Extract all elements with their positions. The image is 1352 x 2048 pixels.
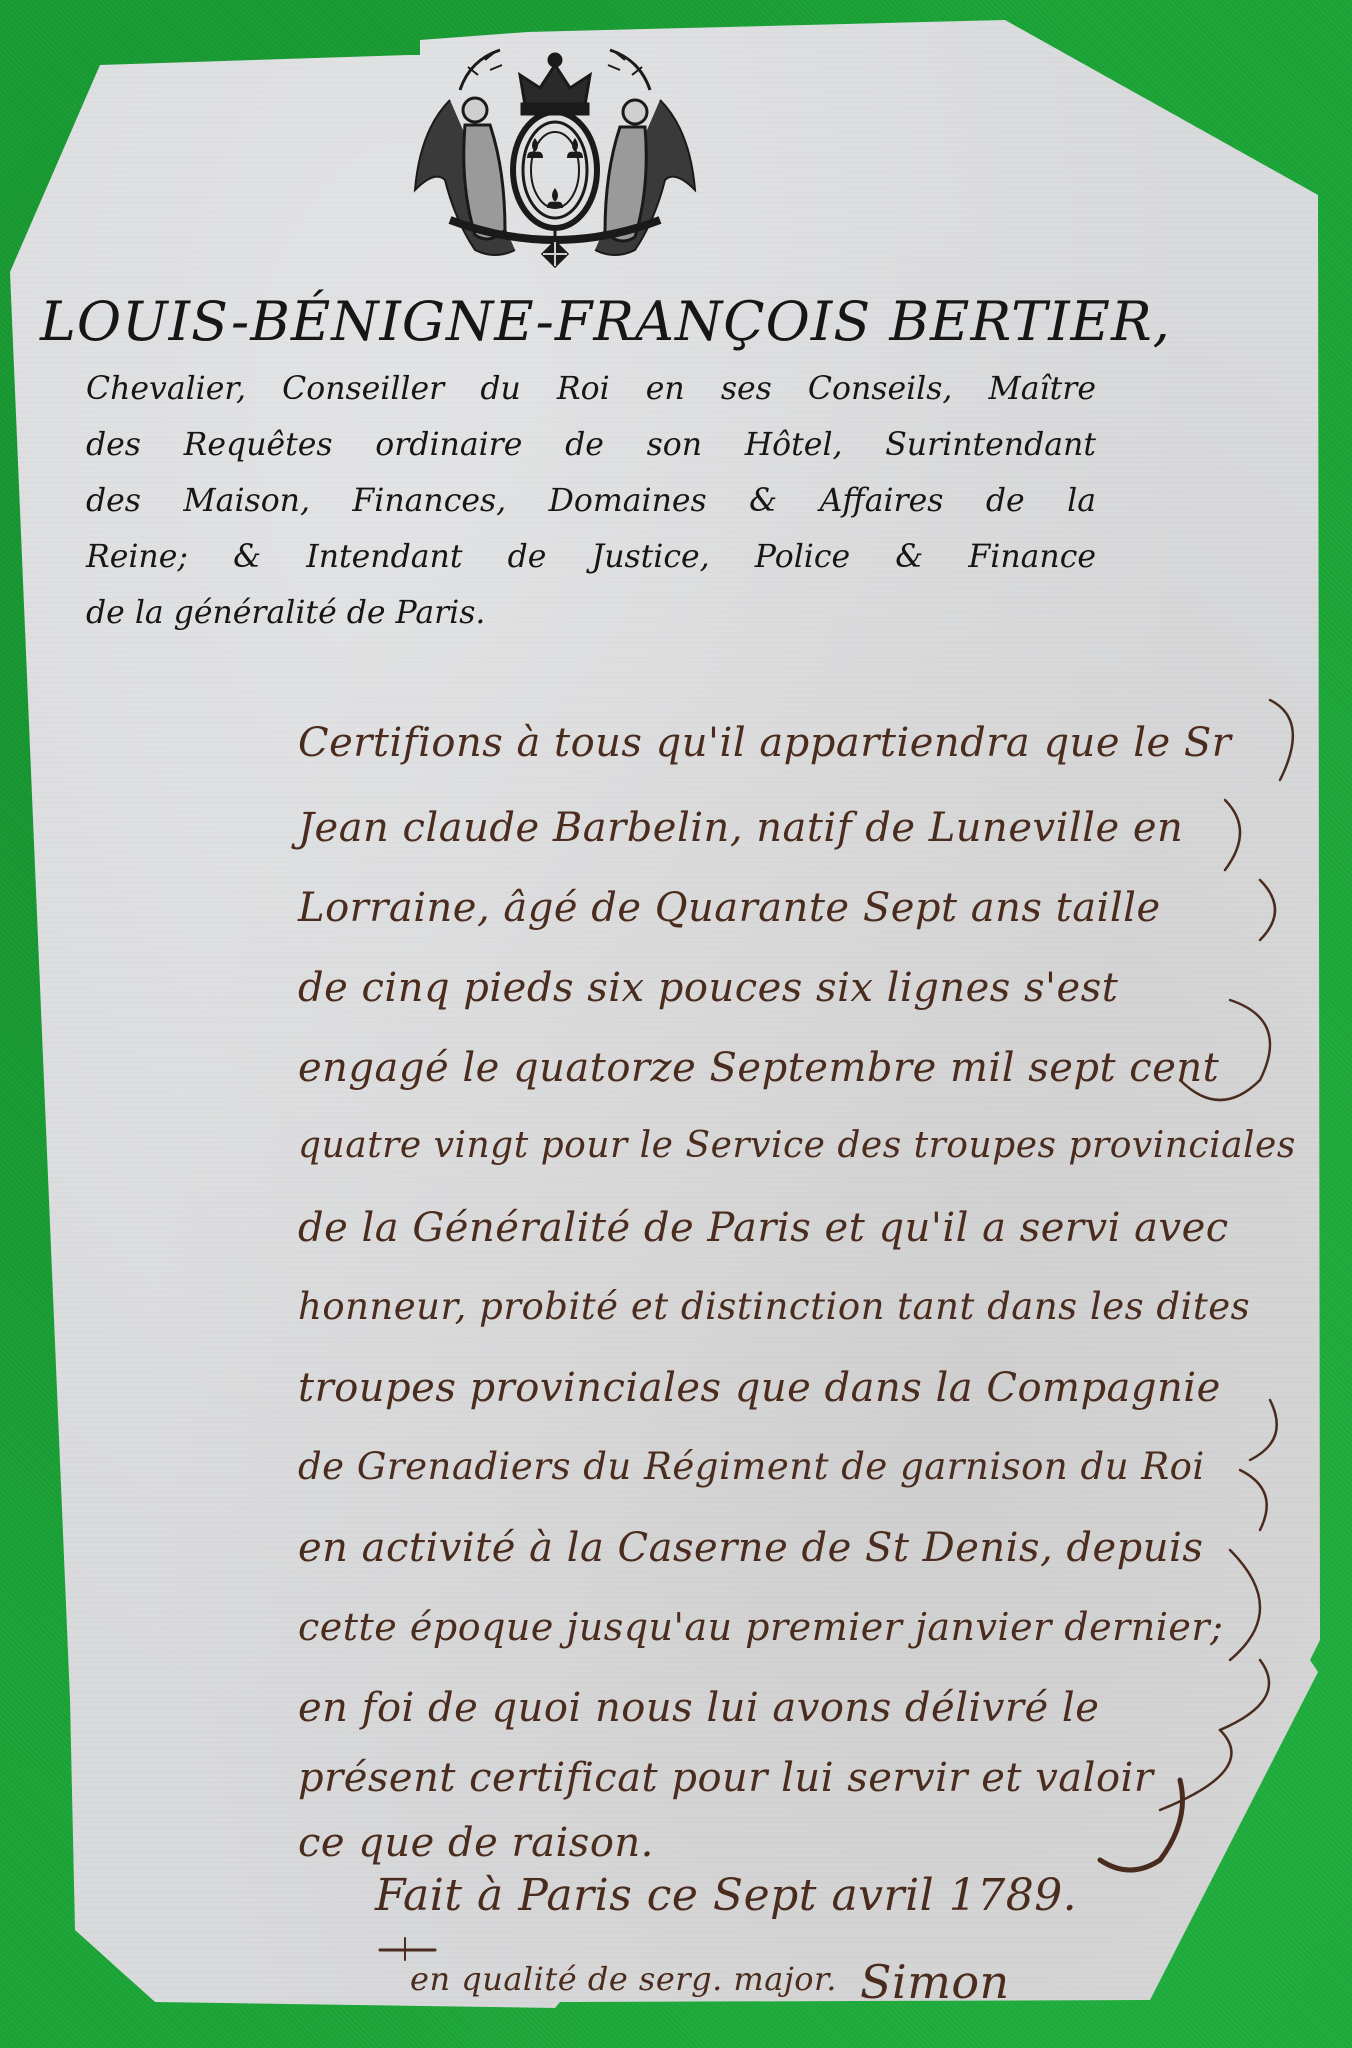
title-line-1: Chevalier, Conseiller du Roi en ses Cons…	[86, 361, 1096, 417]
title-line-4: Reine; & Intendant de Justice, Police & …	[86, 529, 1096, 585]
dateline: Fait à Paris ce Sept avril 1789.	[375, 1870, 1077, 1921]
title-line-3: des Maison, Finances, Domaines & Affaire…	[86, 473, 1096, 529]
signature-note: en qualité de serg. major.	[410, 1960, 837, 1998]
body-line-6: quatre vingt pour le Service des troupes…	[298, 1125, 1296, 1166]
royal-crest-icon	[390, 30, 720, 275]
body-line-10: de Grenadiers du Régiment de garnison du…	[298, 1445, 1205, 1488]
body-line-14: présent certificat pour lui servir et va…	[298, 1755, 1153, 1801]
body-line-4: de cinq pieds six pouces six lignes s'es…	[298, 965, 1118, 1011]
body-line-15: ce que de raison.	[298, 1820, 654, 1866]
body-line-11: en activité à la Caserne de St Denis, de…	[298, 1525, 1203, 1571]
body-line-3: Lorraine, âgé de Quarante Sept ans taill…	[298, 885, 1161, 931]
body-line-2: Jean claude Barbelin, natif de Luneville…	[298, 805, 1183, 851]
body-line-8: honneur, probité et distinction tant dan…	[298, 1285, 1250, 1328]
body-line-12: cette époque jusqu'au premier janvier de…	[298, 1605, 1223, 1649]
body-line-13: en foi de quoi nous lui avons délivré le	[298, 1685, 1099, 1731]
body-line-5: engagé le quatorze Septembre mil sept ce…	[298, 1045, 1219, 1091]
title-line-2: des Requêtes ordinaire de son Hôtel, Sur…	[86, 417, 1096, 473]
body-line-7: de la Généralité de Paris et qu'il a ser…	[298, 1205, 1229, 1251]
title-line-5: de la généralité de Paris.	[86, 585, 1096, 641]
body-line-1: Certifions à tous qu'il appartiendra que…	[298, 720, 1298, 766]
signature: Simon	[860, 1955, 1010, 2009]
official-name: LOUIS-BÉNIGNE-FRANÇOIS BERTIER,	[40, 290, 1080, 353]
printed-header: LOUIS-BÉNIGNE-FRANÇOIS BERTIER, Chevalie…	[40, 290, 1080, 641]
body-line-9: troupes provinciales que dans la Compagn…	[298, 1365, 1221, 1411]
